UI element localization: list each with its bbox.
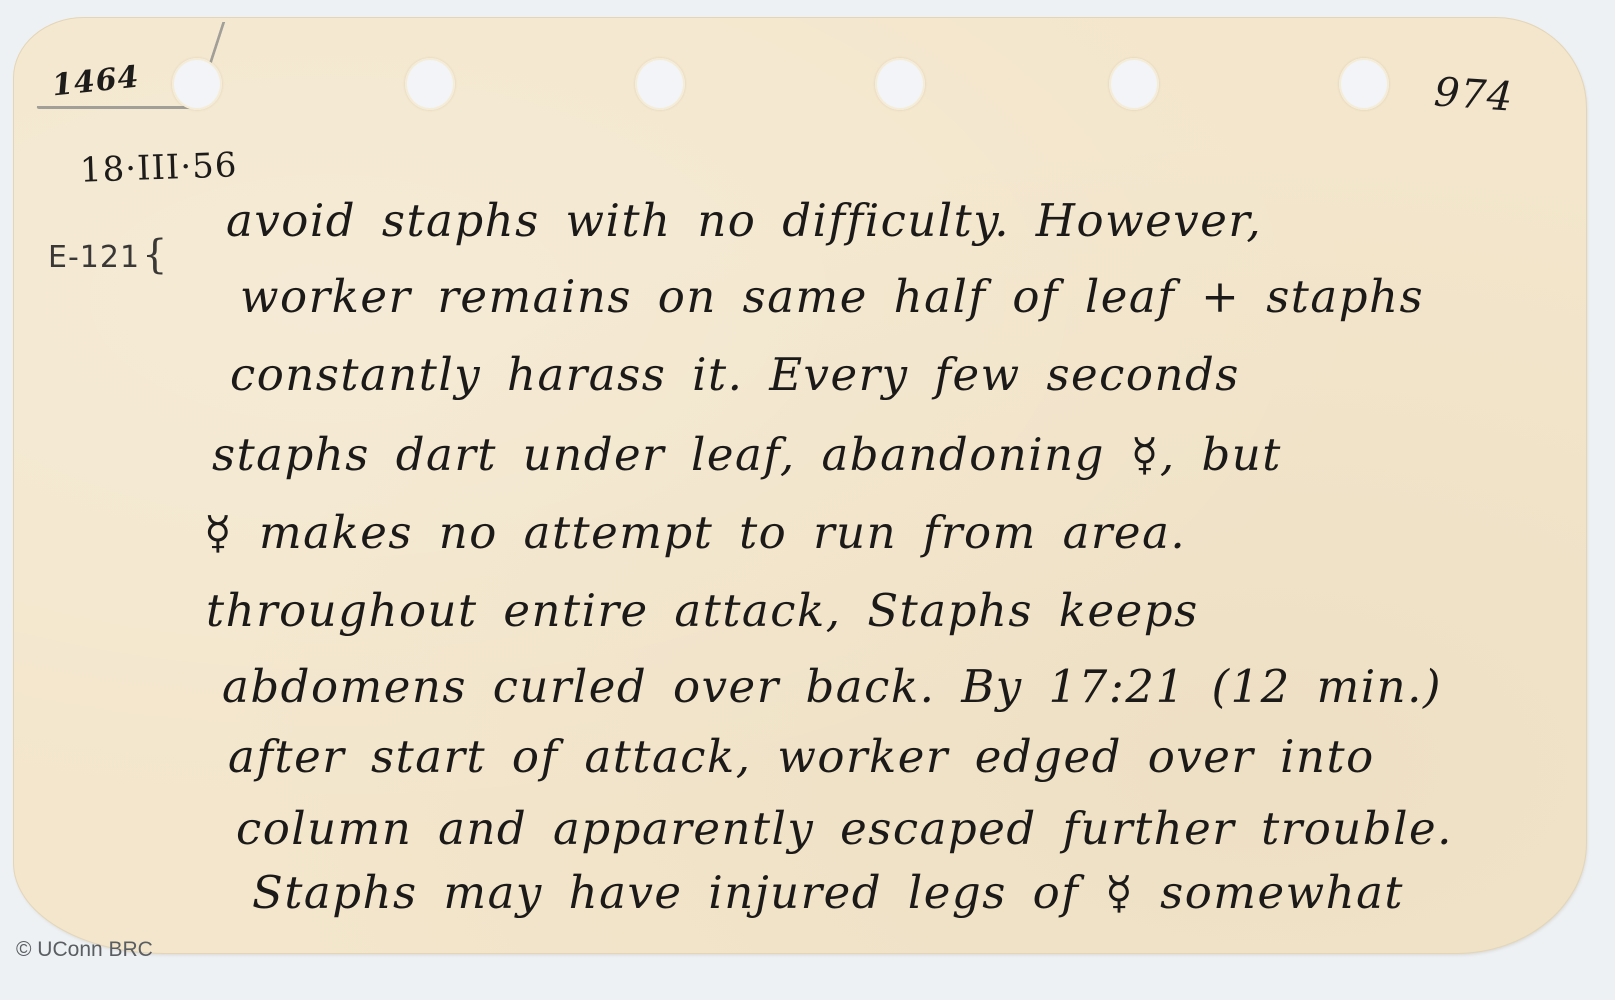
note-line-8: after start of attack, worker edged over… bbox=[228, 730, 1375, 783]
page-number: 974 bbox=[1432, 69, 1514, 120]
note-line-3: constantly harass it. Every few seconds bbox=[230, 348, 1240, 401]
note-line-1: avoid staphs with no difficulty. However… bbox=[226, 194, 1262, 247]
note-line-5-text: makes no attempt to run from area. bbox=[259, 506, 1186, 559]
note-line-9: column and apparently escaped further tr… bbox=[236, 802, 1453, 855]
punch-hole bbox=[1339, 58, 1389, 110]
worker-symbol-icon: ☿ bbox=[1131, 428, 1160, 481]
note-line-4: staphs dart under leaf, abandoning ☿, bu… bbox=[212, 428, 1282, 481]
punch-hole bbox=[635, 58, 685, 110]
note-line-10-end: somewhat bbox=[1134, 866, 1404, 919]
note-line-10-text: Staphs may have injured legs of bbox=[252, 866, 1105, 919]
note-line-7: abdomens curled over back. By 17:21 (12 … bbox=[222, 660, 1442, 713]
punch-hole bbox=[172, 58, 222, 110]
experiment-brace: { bbox=[142, 232, 168, 278]
note-line-4-end: , but bbox=[1160, 428, 1282, 481]
experiment-code: E-121 bbox=[48, 240, 140, 275]
note-line-2: worker remains on same half of leaf + st… bbox=[240, 270, 1424, 323]
worker-symbol-icon: ☿ bbox=[204, 506, 233, 559]
note-line-10: Staphs may have injured legs of ☿ somewh… bbox=[252, 866, 1404, 919]
punch-hole bbox=[875, 58, 925, 110]
punch-hole bbox=[405, 58, 455, 110]
note-line-6: throughout entire attack, Staphs keeps bbox=[206, 584, 1199, 637]
note-line-5: ☿ makes no attempt to run from area. bbox=[204, 506, 1186, 559]
note-line-4-text: staphs dart under leaf, abandoning bbox=[212, 428, 1131, 481]
copyright-credit: © UConn BRC bbox=[16, 938, 153, 962]
punch-hole bbox=[1109, 58, 1159, 110]
worker-symbol-icon: ☿ bbox=[1105, 866, 1134, 919]
field-note-card: 1464 974 18·III·56 E-121 { avoid staphs … bbox=[14, 18, 1586, 953]
entry-date: 18·III·56 bbox=[79, 145, 238, 190]
